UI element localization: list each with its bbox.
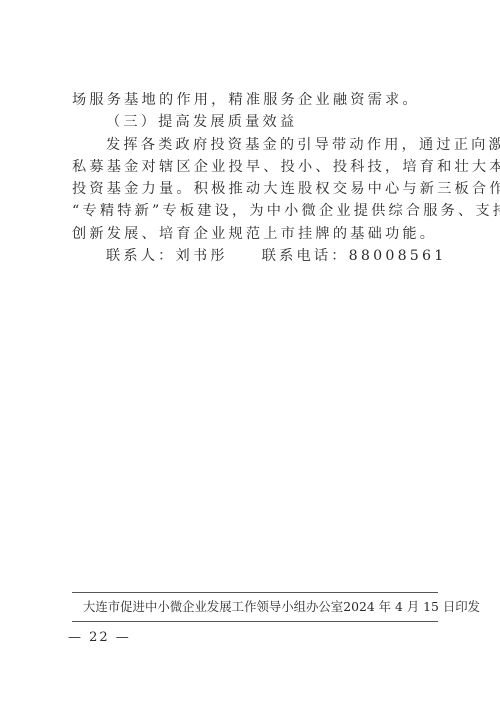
paragraph-line: 投资基金力量。积极推动大连股权交易中心与新三板合作对接和 bbox=[72, 178, 442, 200]
paragraph-line: 发挥各类政府投资基金的引导带动作用，通过正向激励引导 bbox=[72, 134, 442, 156]
imprint: 大连市促进中小微企业发展工作领导小组办公室 2024 年 4 月 15 日印发 bbox=[83, 597, 433, 617]
imprint-issuer: 大连市促进中小微企业发展工作领导小组办公室 bbox=[83, 597, 343, 617]
imprint-bottom-rule bbox=[72, 621, 438, 622]
imprint-date: 2024 年 4 月 15 日印发 bbox=[343, 597, 480, 617]
section-heading: （三）提高发展质量效益 bbox=[72, 111, 442, 133]
document-page: 场服务基地的作用，精准服务企业融资需求。 （三）提高发展质量效益 发挥各类政府投… bbox=[0, 0, 500, 707]
page-number: — 22 — bbox=[68, 630, 131, 645]
paragraph-line: 创新发展、培育企业规范上市挂牌的基础功能。 bbox=[72, 223, 442, 245]
contact-line: 联系人：刘书彤联系电话：88008561 bbox=[72, 245, 442, 267]
paragraph-line: 私募基金对辖区企业投早、投小、投科技，培育和壮大本土股权 bbox=[72, 156, 442, 178]
contact-person: 联系人：刘书彤 bbox=[106, 248, 228, 264]
contact-phone: 联系电话：88008561 bbox=[262, 248, 447, 264]
paragraph-line: “专精特新”专板建设，为中小微企业提供综合服务、支持企业 bbox=[72, 200, 442, 222]
paragraph-line: 场服务基地的作用，精准服务企业融资需求。 bbox=[72, 89, 442, 111]
body-text: 场服务基地的作用，精准服务企业融资需求。 （三）提高发展质量效益 发挥各类政府投… bbox=[72, 89, 442, 267]
imprint-top-rule bbox=[72, 592, 438, 593]
